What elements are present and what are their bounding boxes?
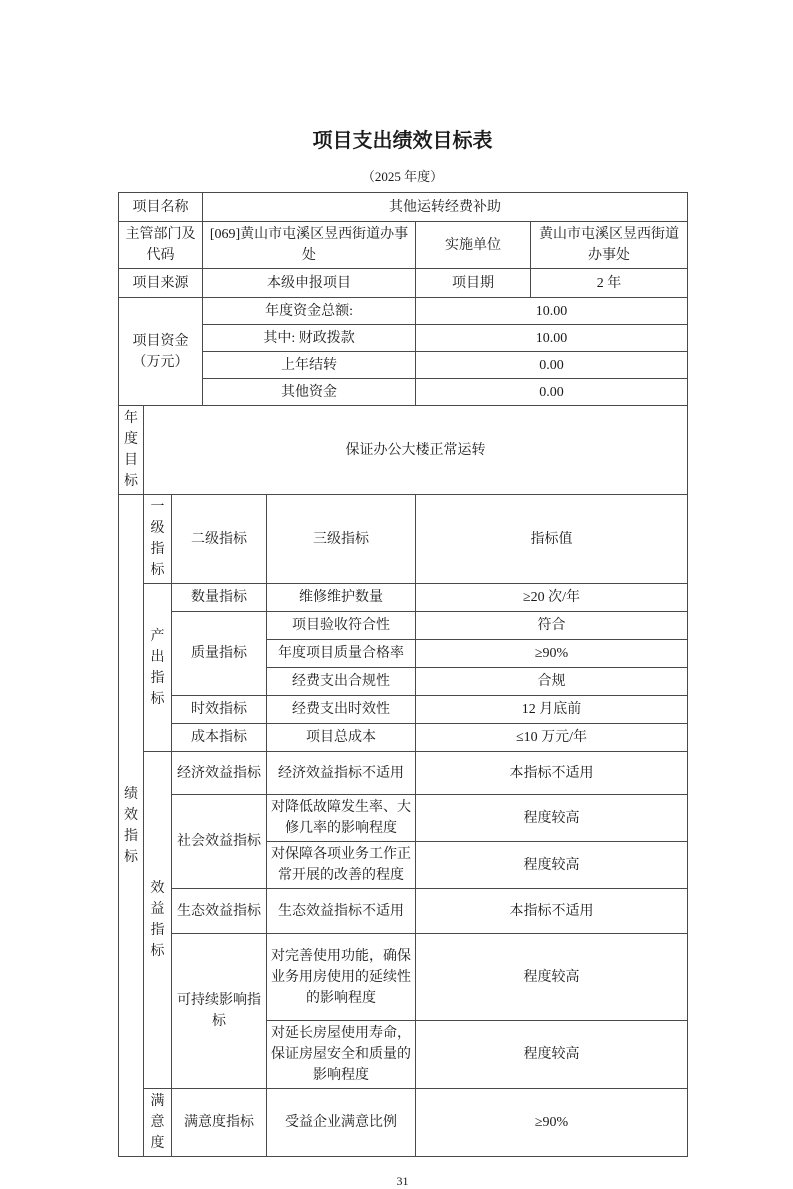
l3-indicator: 经济效益指标不适用: [267, 752, 416, 795]
l2-indicator: 可持续影响指标: [172, 934, 267, 1089]
indicator-value: 程度较高: [416, 795, 688, 842]
table-row: 成本指标 项目总成本 ≤10 万元/年: [119, 724, 688, 752]
funding-item-value: 0.00: [416, 379, 688, 406]
indicator-value: 符合: [416, 612, 688, 640]
satisfaction-label: 满意度: [144, 1089, 172, 1157]
l2-indicator: 满意度指标: [172, 1089, 267, 1157]
department-label: 主管部门及代码: [119, 222, 203, 269]
output-label: 产出指标: [144, 584, 172, 752]
period-label: 项目期: [416, 269, 531, 298]
table-row: 社会效益指标 对降低故障发生率、大修几率的影响程度 程度较高: [119, 795, 688, 842]
l3-indicator: 生态效益指标不适用: [267, 889, 416, 934]
project-name-value: 其他运转经费补助: [203, 193, 688, 222]
table-row: 效益指标 经济效益指标 经济效益指标不适用 本指标不适用: [119, 752, 688, 795]
funding-label: 项目资金 （万元）: [119, 298, 203, 406]
l2-indicator: 数量指标: [172, 584, 267, 612]
l2-indicator: 时效指标: [172, 696, 267, 724]
l2-indicator: 经济效益指标: [172, 752, 267, 795]
indicator-value: 本指标不适用: [416, 889, 688, 934]
col-header-l2: 二级指标: [172, 495, 267, 584]
department-value: [069]黄山市屯溪区昱西街道办事处: [203, 222, 416, 269]
table-row: 项目名称 其他运转经费补助: [119, 193, 688, 222]
indicator-value: 本指标不适用: [416, 752, 688, 795]
funding-item-value: 10.00: [416, 298, 688, 325]
table-row: 绩效指标 一级指标 二级指标 三级指标 指标值: [119, 495, 688, 584]
table-row: 时效指标 经费支出时效性 12 月底前: [119, 696, 688, 724]
l3-indicator: 经费支出时效性: [267, 696, 416, 724]
impl-unit-label: 实施单位: [416, 222, 531, 269]
table-row: 其中: 财政拨款 10.00: [119, 325, 688, 352]
period-value: 2 年: [531, 269, 688, 298]
l3-indicator: 项目总成本: [267, 724, 416, 752]
table-row: 上年结转 0.00: [119, 352, 688, 379]
table-row: 质量指标 项目验收符合性 符合: [119, 612, 688, 640]
indicator-value: ≤10 万元/年: [416, 724, 688, 752]
indicator-group-label: 绩效指标: [119, 495, 144, 1157]
table-row: 主管部门及代码 [069]黄山市屯溪区昱西街道办事处 实施单位 黄山市屯溪区昱西…: [119, 222, 688, 269]
l2-indicator: 质量指标: [172, 612, 267, 696]
l3-indicator: 年度项目质量合格率: [267, 640, 416, 668]
document-page: 项目支出绩效目标表 （2025 年度） 项目名称 其他运转经费补助 主管部门及代…: [0, 0, 793, 1122]
table-row: 其他资金 0.00: [119, 379, 688, 406]
l3-indicator: 对延长房屋使用寿命，保证房屋安全和质量的影响程度: [267, 1021, 416, 1089]
table-row: 项目资金 （万元） 年度资金总额: 10.00: [119, 298, 688, 325]
indicator-value: 12 月底前: [416, 696, 688, 724]
l3-indicator: 受益企业满意比例: [267, 1089, 416, 1157]
source-value: 本级申报项目: [203, 269, 416, 298]
benefit-label: 效益指标: [144, 752, 172, 1089]
indicator-value: ≥90%: [416, 1089, 688, 1157]
l3-indicator: 经费支出合规性: [267, 668, 416, 696]
l2-indicator: 社会效益指标: [172, 795, 267, 889]
funding-item-label: 其他资金: [203, 379, 416, 406]
document-title: 项目支出绩效目标表: [118, 128, 687, 154]
col-header-value: 指标值: [416, 495, 688, 584]
table-row: 项目来源 本级申报项目 项目期 2 年: [119, 269, 688, 298]
indicator-value: 程度较高: [416, 1021, 688, 1089]
annual-goal-value: 保证办公大楼正常运转: [144, 406, 688, 495]
project-name-label: 项目名称: [119, 193, 203, 222]
l3-indicator: 维修维护数量: [267, 584, 416, 612]
impl-unit-value: 黄山市屯溪区昱西街道办事处: [531, 222, 688, 269]
indicator-value: ≥90%: [416, 640, 688, 668]
col-header-l1: 一级指标: [144, 495, 172, 584]
l2-indicator: 成本指标: [172, 724, 267, 752]
funding-item-value: 0.00: [416, 352, 688, 379]
table-row: 生态效益指标 生态效益指标不适用 本指标不适用: [119, 889, 688, 934]
indicator-value: 程度较高: [416, 934, 688, 1021]
funding-item-label: 其中: 财政拨款: [203, 325, 416, 352]
indicator-value: 合规: [416, 668, 688, 696]
annual-goal-label: 年度目标: [119, 406, 144, 495]
indicator-value: ≥20 次/年: [416, 584, 688, 612]
indicator-value: 程度较高: [416, 842, 688, 889]
page-number: 31: [118, 1173, 687, 1189]
document-content: 项目支出绩效目标表 （2025 年度） 项目名称 其他运转经费补助 主管部门及代…: [118, 0, 687, 1189]
l3-indicator: 对降低故障发生率、大修几率的影响程度: [267, 795, 416, 842]
table-row: 可持续影响指标 对完善使用功能，确保业务用房使用的延续性的影响程度 程度较高: [119, 934, 688, 1021]
source-label: 项目来源: [119, 269, 203, 298]
document-subtitle: （2025 年度）: [118, 168, 687, 186]
l3-indicator: 项目验收符合性: [267, 612, 416, 640]
funding-item-label: 上年结转: [203, 352, 416, 379]
table-row: 年度目标 保证办公大楼正常运转: [119, 406, 688, 495]
col-header-l3: 三级指标: [267, 495, 416, 584]
table-row: 产出指标 数量指标 维修维护数量 ≥20 次/年: [119, 584, 688, 612]
funding-item-value: 10.00: [416, 325, 688, 352]
l3-indicator: 对完善使用功能，确保业务用房使用的延续性的影响程度: [267, 934, 416, 1021]
funding-item-label: 年度资金总额:: [203, 298, 416, 325]
l2-indicator: 生态效益指标: [172, 889, 267, 934]
l3-indicator: 对保障各项业务工作正常开展的改善的程度: [267, 842, 416, 889]
performance-target-table: 项目名称 其他运转经费补助 主管部门及代码 [069]黄山市屯溪区昱西街道办事处…: [118, 192, 688, 1157]
table-row: 满意度 满意度指标 受益企业满意比例 ≥90%: [119, 1089, 688, 1157]
